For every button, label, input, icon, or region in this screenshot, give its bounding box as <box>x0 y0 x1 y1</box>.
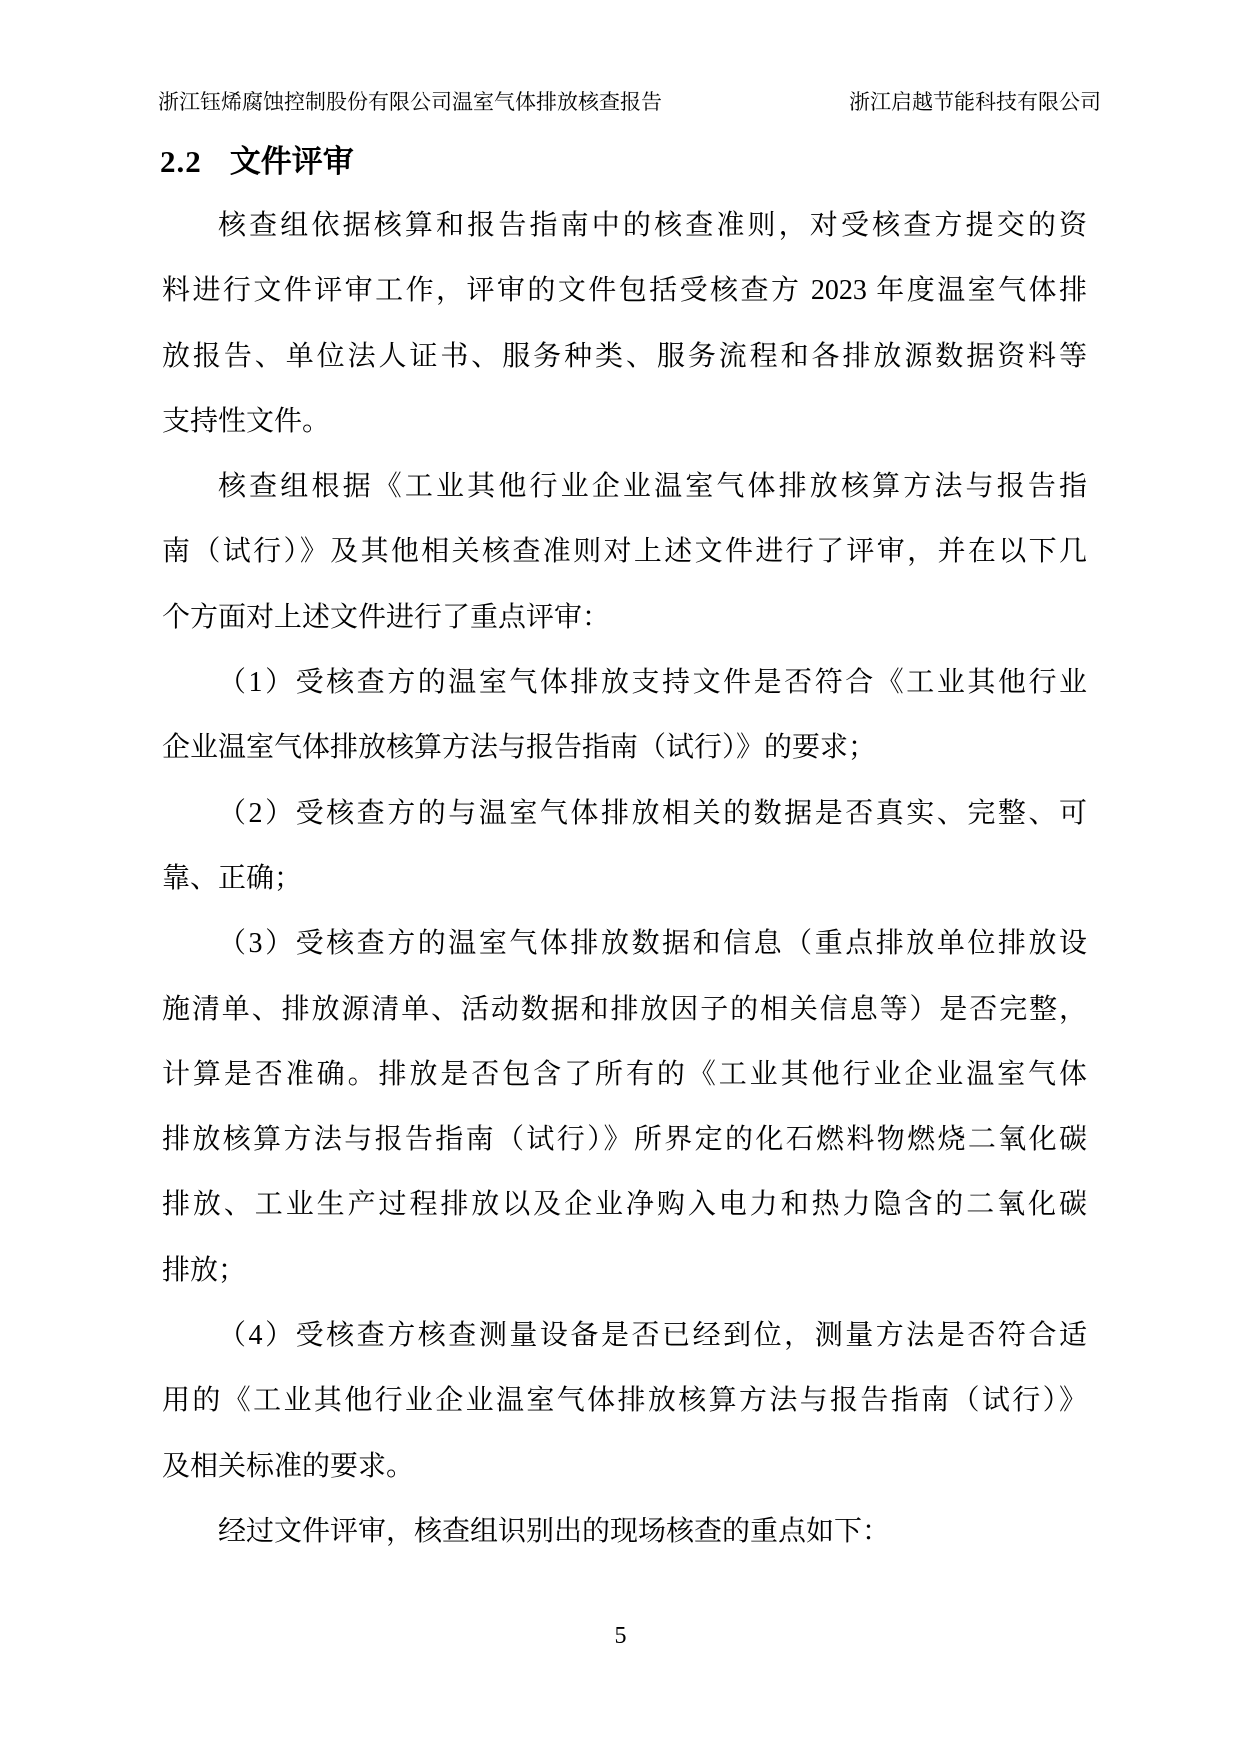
text-line: 南（试行）》及其他相关核查准则对上述文件进行了评审，并在以下几 <box>162 519 1087 584</box>
text-line: 排放； <box>162 1238 1087 1303</box>
page-footer: 5 <box>0 1620 1241 1652</box>
text-line: 放报告、单位法人证书、服务种类、服务流程和各排放源数据资料等 <box>162 324 1087 389</box>
text-line: 经过文件评审，核查组识别出的现场核查的重点如下： <box>162 1499 1087 1564</box>
text-line: （4）受核查方核查测量设备是否已经到位，测量方法是否符合适 <box>162 1303 1087 1368</box>
header-right-title: 浙江启越节能科技有限公司 <box>849 88 1101 116</box>
text-line: 施清单、排放源清单、活动数据和排放因子的相关信息等）是否完整， <box>162 977 1087 1042</box>
document-page: 浙江钰烯腐蚀控制股份有限公司温室气体排放核查报告 浙江启越节能科技有限公司 2.… <box>0 0 1241 1755</box>
text-line: 个方面对上述文件进行了重点评审： <box>162 585 1087 650</box>
text-line: （2）受核查方的与温室气体排放相关的数据是否真实、完整、可 <box>162 781 1087 846</box>
paragraph: （4）受核查方核查测量设备是否已经到位，测量方法是否符合适 用的《工业其他行业企… <box>162 1303 1087 1499</box>
section-heading: 2.2文件评审 <box>160 140 1085 184</box>
section-number: 2.2 <box>160 140 202 184</box>
document-body: 核查组依据核算和报告指南中的核查准则，对受核查方提交的资 料进行文件评审工作，评… <box>162 193 1087 1564</box>
text-line: 用的《工业其他行业企业温室气体排放核算方法与报告指南（试行）》 <box>162 1368 1087 1433</box>
paragraph: （3）受核查方的温室气体排放数据和信息（重点排放单位排放设 施清单、排放源清单、… <box>162 911 1087 1303</box>
text-line: （3）受核查方的温室气体排放数据和信息（重点排放单位排放设 <box>162 911 1087 976</box>
text-line: 计算是否准确。排放是否包含了所有的《工业其他行业企业温室气体 <box>162 1042 1087 1107</box>
text-line: 核查组依据核算和报告指南中的核查准则，对受核查方提交的资 <box>162 193 1087 258</box>
text-line: 企业温室气体排放核算方法与报告指南（试行）》的要求； <box>162 715 1087 780</box>
text-line: 排放、工业生产过程排放以及企业净购入电力和热力隐含的二氧化碳 <box>162 1172 1087 1237</box>
paragraph: （2）受核查方的与温室气体排放相关的数据是否真实、完整、可 靠、正确； <box>162 781 1087 912</box>
text-line: 排放核算方法与报告指南（试行）》所界定的化石燃料物燃烧二氧化碳 <box>162 1107 1087 1172</box>
text-line: 靠、正确； <box>162 846 1087 911</box>
text-line: 支持性文件。 <box>162 389 1087 454</box>
page-header: 浙江钰烯腐蚀控制股份有限公司温室气体排放核查报告 浙江启越节能科技有限公司 <box>158 88 1101 116</box>
section-title: 文件评审 <box>230 144 354 179</box>
text-line: 料进行文件评审工作，评审的文件包括受核查方 2023 年度温室气体排 <box>162 258 1087 323</box>
text-line: 及相关标准的要求。 <box>162 1434 1087 1499</box>
paragraph: 核查组根据《工业其他行业企业温室气体排放核算方法与报告指 南（试行）》及其他相关… <box>162 454 1087 650</box>
paragraph: 核查组依据核算和报告指南中的核查准则，对受核查方提交的资 料进行文件评审工作，评… <box>162 193 1087 454</box>
paragraph: （1）受核查方的温室气体排放支持文件是否符合《工业其他行业 企业温室气体排放核算… <box>162 650 1087 781</box>
page-number: 5 <box>615 1623 627 1649</box>
text-line: 核查组根据《工业其他行业企业温室气体排放核算方法与报告指 <box>162 454 1087 519</box>
header-left-title: 浙江钰烯腐蚀控制股份有限公司温室气体排放核查报告 <box>158 88 662 116</box>
paragraph: 经过文件评审，核查组识别出的现场核查的重点如下： <box>162 1499 1087 1564</box>
text-line: （1）受核查方的温室气体排放支持文件是否符合《工业其他行业 <box>162 650 1087 715</box>
